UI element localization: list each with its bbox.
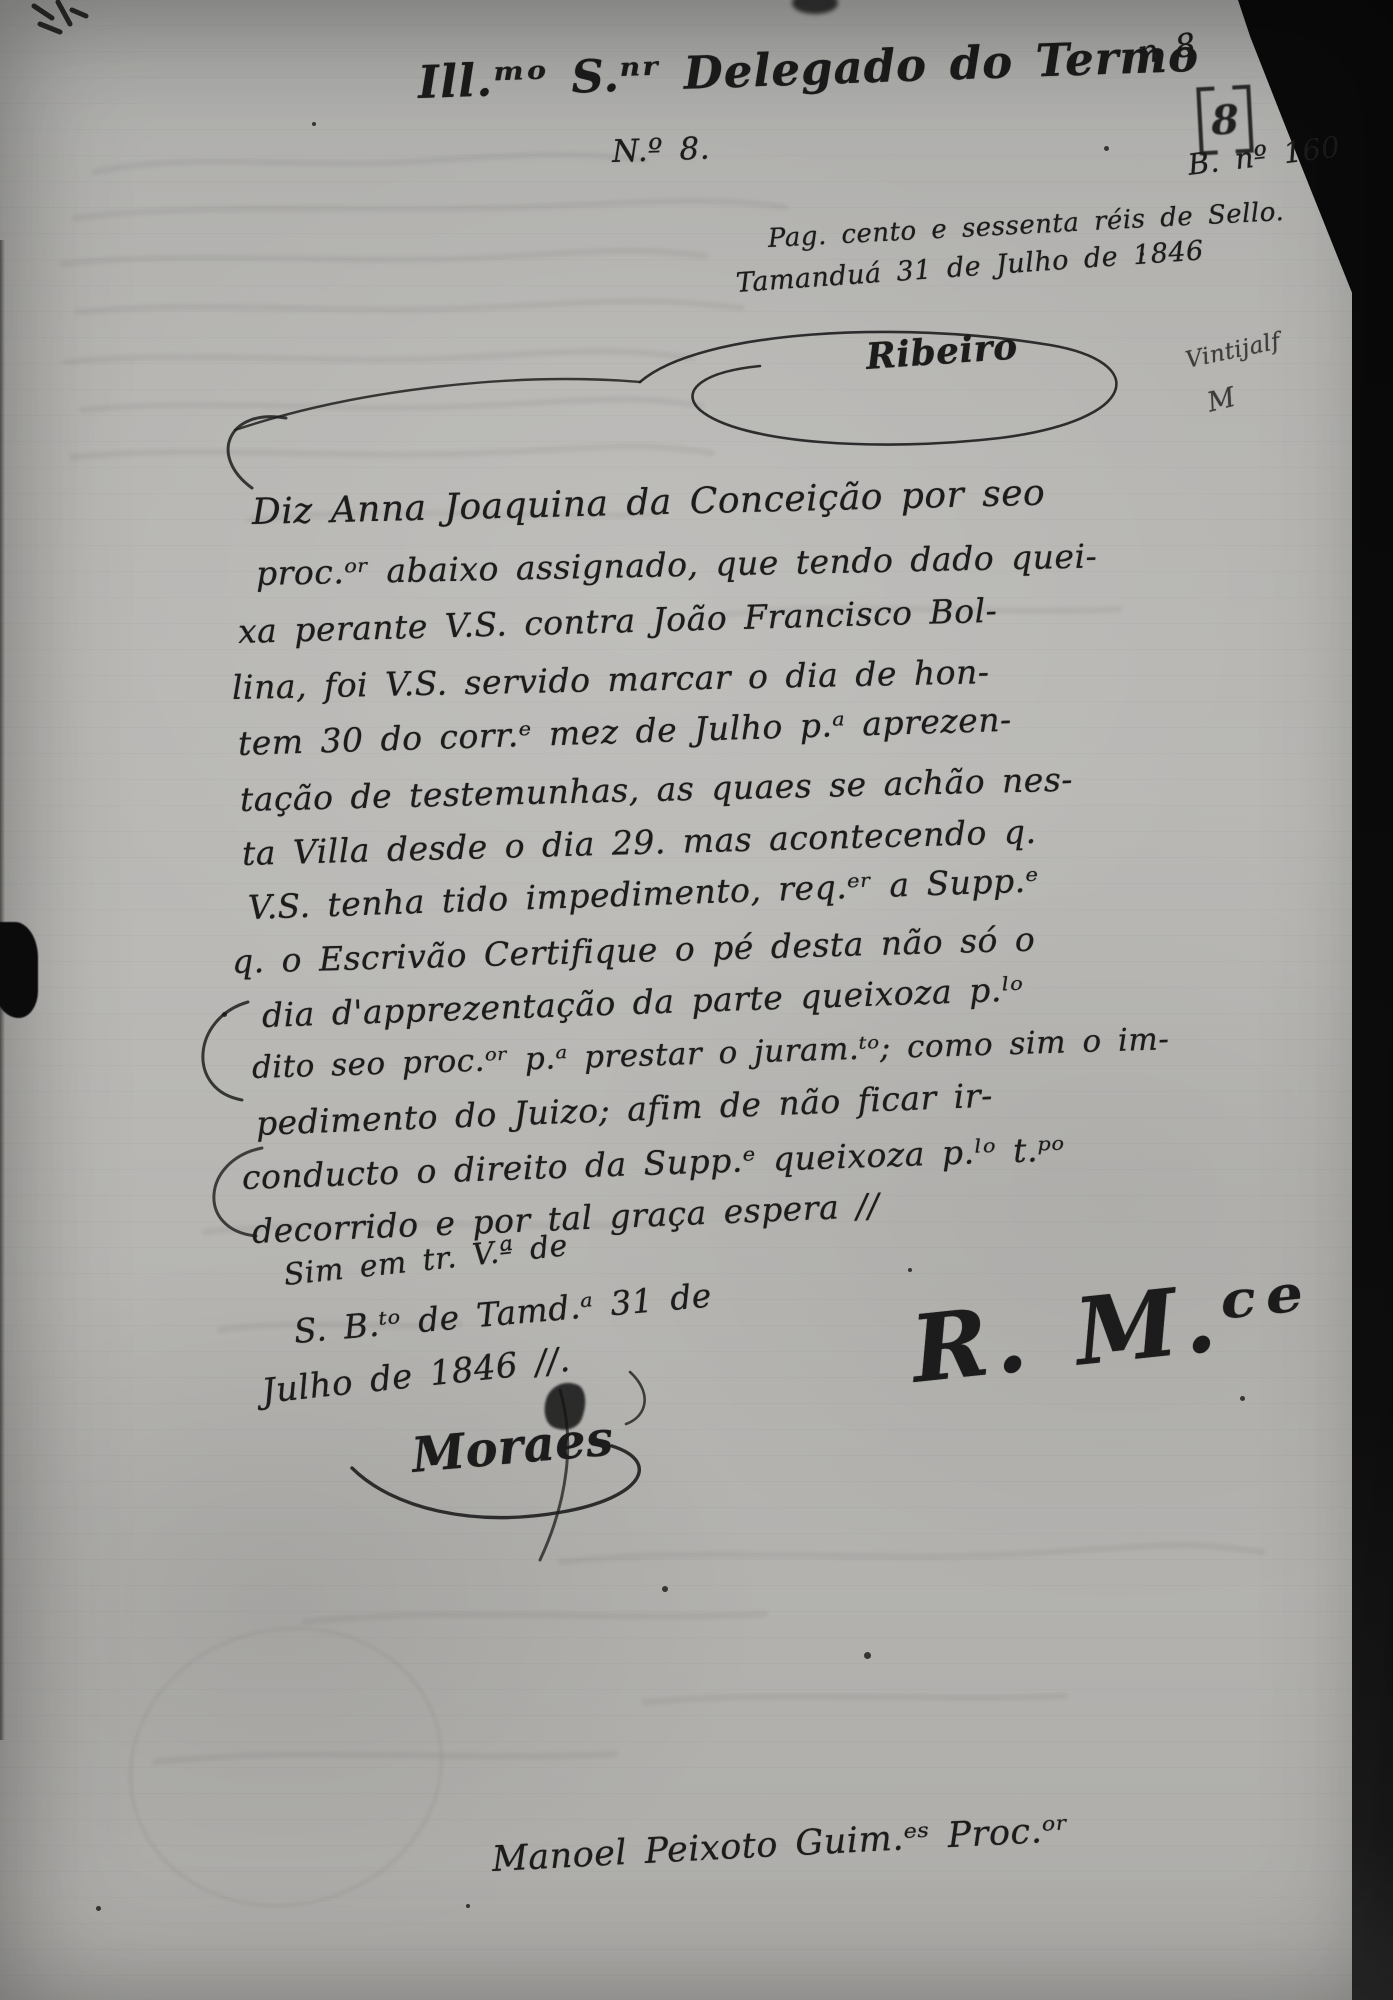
ink-speck bbox=[96, 1906, 101, 1911]
pencil-circle-stain bbox=[99, 1594, 473, 1940]
margin-rubric-2: M bbox=[1204, 382, 1239, 419]
petition-line: q. o Escrivão Certifique o pé desta não … bbox=[231, 920, 1035, 981]
petition-line: lina, foi V.S. servido marcar o dia de h… bbox=[232, 652, 990, 707]
ink-speck bbox=[222, 1012, 227, 1017]
revenue-stamp-line: Pag. cento e sessenta réis de Sello. bbox=[767, 197, 1285, 254]
petition-line: dito seo proc.ᵒʳ p.ᵃ prestar o juram.ᵗᵒ;… bbox=[251, 1021, 1169, 1086]
procurator-signature: Manoel Peixoto Guim.ᵉˢ Proc.ᵒʳ bbox=[491, 1810, 1070, 1880]
petition-line: Diz Anna Joaquina da Conceição por seo bbox=[251, 473, 1045, 533]
ink-speck bbox=[908, 1268, 912, 1272]
closing-date-line: Julho de 1846 //. bbox=[260, 1340, 572, 1412]
petition-line: pedimento do Juizo; afim de não ficar ir… bbox=[255, 1076, 993, 1143]
top-edge-smudge bbox=[792, 0, 838, 14]
ink-speck bbox=[1240, 1396, 1245, 1401]
ink-speck bbox=[864, 1652, 871, 1659]
scanned-document-page: 8 n 8 Ill.ᵐᵒ S.ⁿʳ Delegado do Termo N.º … bbox=[0, 0, 1393, 2000]
petition-line: tem 30 do corr.ᵉ mez de Julho p.ᵃ apreze… bbox=[237, 700, 1012, 763]
petition-line: conducto o direito da Supp.ᵉ queixoza p.… bbox=[241, 1129, 1065, 1197]
ink-speck bbox=[312, 122, 316, 126]
petition-line: dia d'apprezentação da parte queixoza p.… bbox=[261, 969, 1024, 1035]
ink-blot bbox=[0, 922, 38, 1018]
margin-rubric: Vintijalf bbox=[1183, 328, 1282, 373]
closing-place-date-line: S. B.ᵗᵒ de Tamd.ᵃ 31 de bbox=[292, 1276, 713, 1351]
petition-line: proc.ᵒʳ abaixo assignado, que tendo dado… bbox=[256, 536, 1098, 593]
clerk-signature: Ribeiro bbox=[865, 325, 1019, 377]
petition-line: tação de testemunhas, as quaes se achão … bbox=[240, 760, 1074, 819]
stamp-number: 8 bbox=[1210, 96, 1240, 144]
mercy-formula: R. M.ᶜᵉ bbox=[906, 1254, 1318, 1403]
ink-speck bbox=[662, 1586, 668, 1592]
petition-line: V.S. tenha tido impedimento, req.ᵉʳ a Su… bbox=[247, 860, 1039, 927]
petitioner-signature: Moraes bbox=[410, 1410, 616, 1483]
ink-speck bbox=[1104, 146, 1109, 151]
doc-number: N.º 8. bbox=[611, 131, 710, 170]
page-header: Ill.ᵐᵒ S.ⁿʳ Delegado do Termo bbox=[417, 29, 1200, 109]
petition-line: xa perante V.S. contra João Francisco Bo… bbox=[237, 591, 997, 651]
ink-speck bbox=[466, 1904, 470, 1908]
